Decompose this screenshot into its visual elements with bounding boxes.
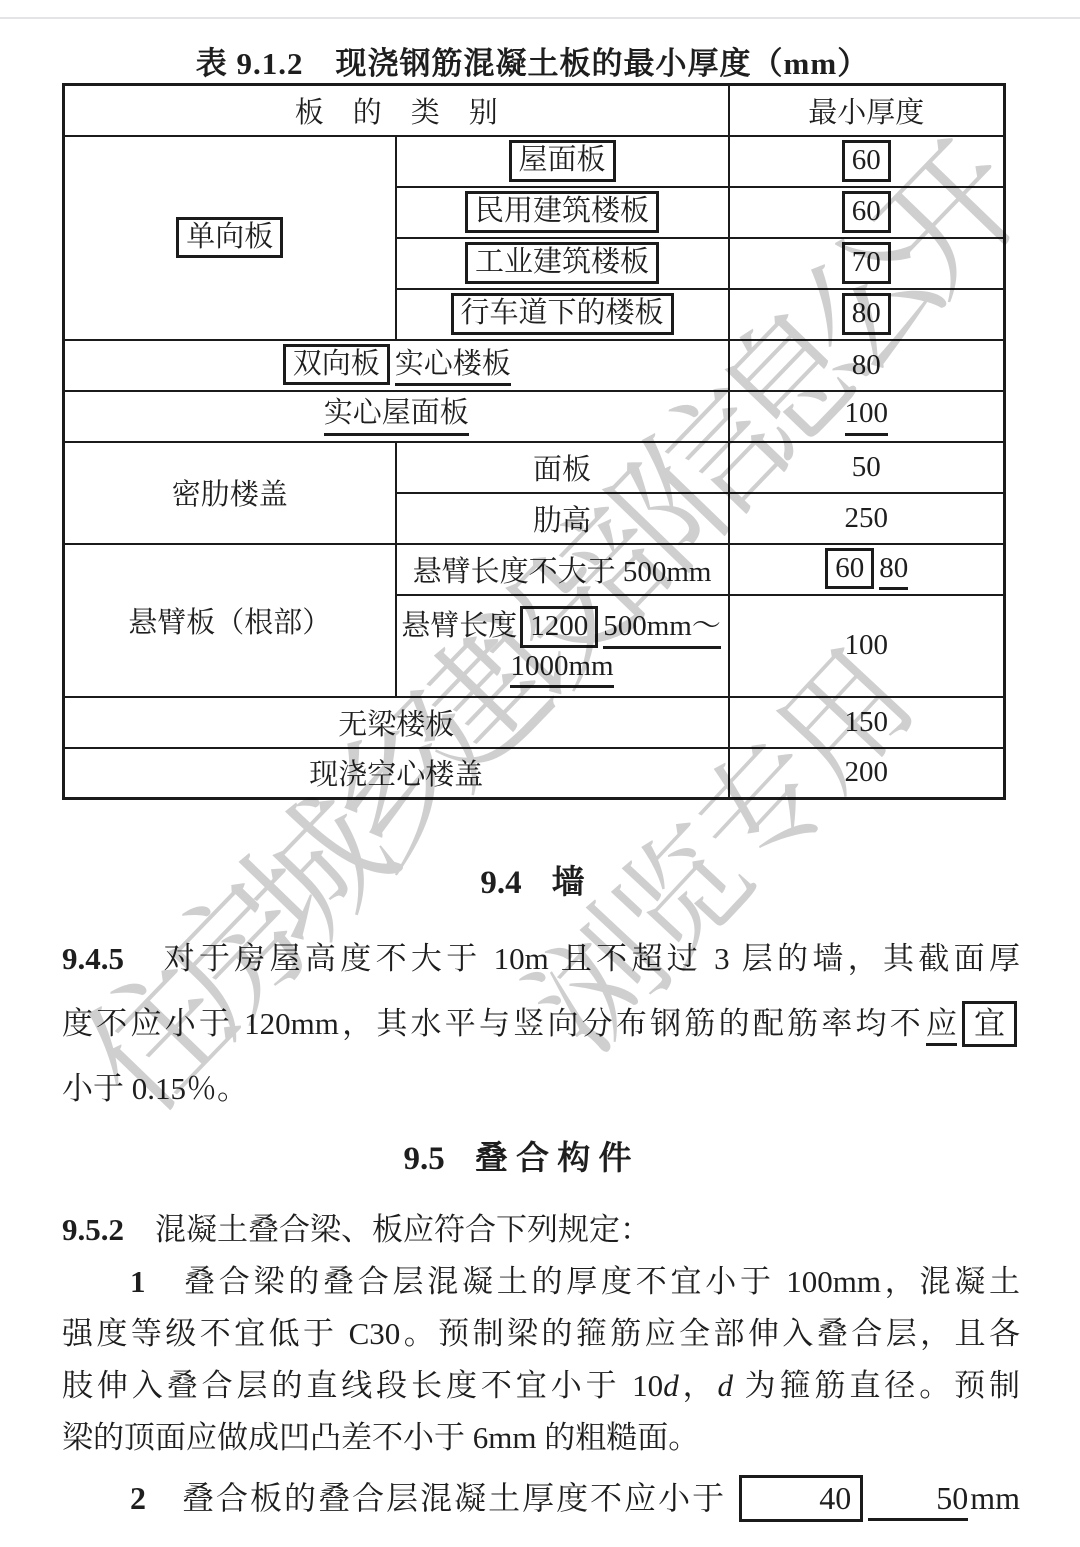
industrial-floor-value-boxed: 70	[842, 242, 891, 283]
section-95-heading: 9.5叠 合 构 件	[62, 1132, 1003, 1179]
table-row: 密肋楼盖 面板 50	[64, 442, 1005, 493]
section-94-title: 墙	[552, 865, 585, 901]
twoway-value: 80	[852, 349, 881, 381]
industrial-floor-label-boxed: 工业建筑楼板	[465, 242, 659, 283]
clause-945-text2: 度不应小于 120mm，其水平与竖向分布钢筋的配筋率均不	[62, 1006, 924, 1041]
cell-group-cantilever: 悬臂板（根部）	[64, 544, 396, 697]
section-95-number: 9.5	[404, 1141, 445, 1177]
roof-slab-label-boxed: 屋面板	[509, 140, 616, 181]
clause-952-intro-text: 混凝土叠合梁、板应符合下列规定：	[124, 1212, 651, 1247]
clause-945-line2: 度不应小于 120mm，其水平与竖向分布钢筋的配筋率均不应宜	[62, 991, 1020, 1056]
header-min-thickness-label: 最小厚度	[808, 97, 924, 129]
item2-added-underlined: 50	[868, 1479, 968, 1521]
cell-label-twoway: 双向板实心楼板	[64, 340, 729, 391]
clause-945-added-underlined: 应	[926, 1005, 957, 1046]
item2-deleted-boxed: 40	[739, 1475, 863, 1522]
clause-945-line1: 9.4.5 对于房屋高度不大于 10m 且不超过 3 层的墙，其截面厚	[62, 926, 1020, 991]
cantilever-long-label-line2: 1000mm	[397, 649, 728, 688]
driveway-floor-label-boxed: 行车道下的楼板	[451, 293, 674, 334]
item1-line4: 梁的顶面应做成凹凸差不小于 6mm 的粗糙面。	[62, 1412, 1020, 1464]
document-page: { "watermark": { "line1": "住房城乡建设部信息公开",…	[0, 0, 1080, 1547]
cell-label-cantilever-short: 悬臂长度不大于 500mm	[396, 544, 729, 595]
driveway-floor-value-boxed: 80	[842, 293, 891, 334]
cell-value-cantilever-short: 6080	[729, 544, 1005, 595]
roof-slab-value-boxed: 60	[842, 140, 891, 181]
solid-roof-label-underlined: 实心屋面板	[324, 396, 469, 435]
cell-label-flat-slab: 无梁楼板	[64, 697, 729, 748]
item1-text4: 梁的顶面应做成凹凸差不小于 6mm 的粗糙面。	[62, 1420, 699, 1455]
cell-label-solid-roof: 实心屋面板	[64, 391, 729, 442]
header-cell-category: 板 的 类 别	[64, 85, 729, 136]
cell-value-driveway-floor: 80	[729, 289, 1005, 340]
item1-text3c: 为箍筋直径。预制	[733, 1368, 1020, 1403]
flat-slab-label: 无梁楼板	[338, 709, 454, 741]
table-row: 无梁楼板 150	[64, 697, 1005, 748]
item1-line1: 1 叠合梁的叠合层混凝土的厚度不宜小于 100mm，混凝土	[62, 1256, 1020, 1308]
cell-label-ribbed-panel: 面板	[396, 442, 729, 493]
cell-value-ribbed-panel: 50	[729, 442, 1005, 493]
clause-945-number: 9.4.5	[62, 941, 124, 976]
clause-945-text1: 对于房屋高度不大于 10m 且不超过 3 层的墙，其截面厚	[124, 941, 1020, 976]
cantilever-long-value: 100	[845, 629, 889, 661]
cell-value-rib-height: 250	[729, 493, 1005, 544]
cell-value-solid-roof: 100	[729, 391, 1005, 442]
cantilever-long-label-underlined-2: 1000mm	[510, 649, 613, 688]
cell-group-ribbed: 密肋楼盖	[64, 442, 396, 544]
min-thickness-table: 板 的 类 别 最小厚度 单向板 屋面板 60 民用建筑楼板 60 工业建筑楼板…	[62, 83, 1006, 800]
cell-label-driveway-floor: 行车道下的楼板	[396, 289, 729, 340]
hollow-floor-value: 200	[845, 756, 889, 788]
civil-floor-label-boxed: 民用建筑楼板	[465, 191, 659, 232]
cell-label-civil-floor: 民用建筑楼板	[396, 187, 729, 238]
page-top-edge-line	[0, 17, 1080, 19]
ribbed-panel-value: 50	[852, 451, 881, 483]
civil-floor-value-boxed: 60	[842, 191, 891, 232]
clause-945-deleted-boxed: 宜	[962, 1001, 1017, 1047]
clause-945-paragraph: 9.4.5 对于房屋高度不大于 10m 且不超过 3 层的墙，其截面厚 度不应小…	[62, 926, 1020, 1121]
item2-text: 叠合板的叠合层混凝土厚度不应小于	[146, 1480, 736, 1516]
item1-text3b: ，	[679, 1368, 718, 1403]
table-row: 实心屋面板 100	[64, 391, 1005, 442]
clause-952-intro: 9.5.2 混凝土叠合梁、板应符合下列规定：	[62, 1204, 1020, 1256]
table-row: 现浇空心楼盖 200	[64, 748, 1005, 799]
cell-label-hollow-floor: 现浇空心楼盖	[64, 748, 729, 799]
clause-952-item2: 2 叠合板的叠合层混凝土厚度不应小于 4050mm	[62, 1472, 1020, 1524]
cantilever-long-label-prefix: 悬臂长度	[401, 610, 517, 642]
ribbed-group-label: 密肋楼盖	[172, 479, 288, 511]
item1-line3: 肢伸入叠合层的直线段长度不宜小于 10d，d 为箍筋直径。预制	[62, 1360, 1020, 1412]
section-95-title: 叠 合 构 件	[475, 1141, 632, 1177]
item1-text1: 叠合梁的叠合层混凝土的厚度不宜小于 100mm，混凝土	[146, 1264, 1021, 1299]
table-header-row: 板 的 类 别 最小厚度	[64, 85, 1005, 136]
item2-unit: mm	[970, 1480, 1020, 1516]
cantilever-group-label: 悬臂板（根部）	[128, 607, 331, 639]
oneway-group-label-boxed: 单向板	[176, 217, 283, 258]
solid-roof-value-underlined: 100	[845, 396, 889, 435]
clause-945-line3: 小于 0.15％。	[62, 1056, 1020, 1121]
item1-text2: 强度等级不宜低于 C30。预制梁的箍筋应全部伸入叠合层，且各	[62, 1316, 1020, 1351]
cell-value-twoway: 80	[729, 340, 1005, 391]
ribbed-panel-label: 面板	[533, 454, 591, 486]
item1-var-d1: d	[663, 1368, 679, 1403]
table-row: 悬臂板（根部） 悬臂长度不大于 500mm 6080	[64, 544, 1005, 595]
clause-952-item1: 1 叠合梁的叠合层混凝土的厚度不宜小于 100mm，混凝土 强度等级不宜低于 C…	[62, 1256, 1020, 1464]
item1-number: 1	[130, 1264, 146, 1299]
cantilever-short-value-boxed: 60	[825, 548, 874, 589]
rib-height-label: 肋高	[533, 505, 591, 537]
item1-text3a: 肢伸入叠合层的直线段长度不宜小于 10	[62, 1368, 663, 1403]
clause-945-text3: 小于 0.15％。	[62, 1071, 248, 1106]
hollow-floor-label: 现浇空心楼盖	[309, 759, 483, 791]
cell-label-industrial-floor: 工业建筑楼板	[396, 238, 729, 289]
cantilever-long-label-boxed: 1200	[520, 606, 598, 647]
table-row: 单向板 屋面板 60	[64, 136, 1005, 187]
table-row: 双向板实心楼板 80	[64, 340, 1005, 391]
cantilever-short-value-underlined: 80	[879, 551, 908, 590]
cell-value-industrial-floor: 70	[729, 238, 1005, 289]
cantilever-long-label-line1: 悬臂长度1200500mm～	[397, 603, 728, 648]
twoway-label-boxed: 双向板	[283, 344, 390, 385]
cell-group-oneway: 单向板	[64, 136, 396, 340]
cell-value-roof-slab: 60	[729, 136, 1005, 187]
table-title: 表 9.1.2 现浇钢筋混凝土板的最小厚度（mm）	[62, 38, 1003, 83]
rib-height-value: 250	[845, 502, 889, 534]
flat-slab-value: 150	[845, 706, 889, 738]
clause-952-number: 9.5.2	[62, 1212, 124, 1247]
cell-label-roof-slab: 屋面板	[396, 136, 729, 187]
cell-label-rib-height: 肋高	[396, 493, 729, 544]
item1-var-d2: d	[718, 1368, 734, 1403]
section-94-number: 9.4	[480, 865, 521, 901]
cantilever-long-label-underlined-1: 500mm～	[603, 609, 721, 648]
cell-label-cantilever-long: 悬臂长度1200500mm～ 1000mm	[396, 595, 729, 697]
twoway-label-underlined: 实心楼板	[395, 347, 511, 386]
cell-value-civil-floor: 60	[729, 187, 1005, 238]
section-94-heading: 9.4墙	[62, 856, 1003, 903]
header-category-label: 板 的 类 别	[295, 97, 498, 129]
cantilever-short-label: 悬臂长度不大于 500mm	[413, 556, 712, 588]
item1-line2: 强度等级不宜低于 C30。预制梁的箍筋应全部伸入叠合层，且各	[62, 1308, 1020, 1360]
header-cell-min-thickness: 最小厚度	[729, 85, 1005, 136]
cell-value-cantilever-long: 100	[729, 595, 1005, 697]
cell-value-flat-slab: 150	[729, 697, 1005, 748]
item2-number: 2	[130, 1480, 146, 1516]
cell-value-hollow-floor: 200	[729, 748, 1005, 799]
